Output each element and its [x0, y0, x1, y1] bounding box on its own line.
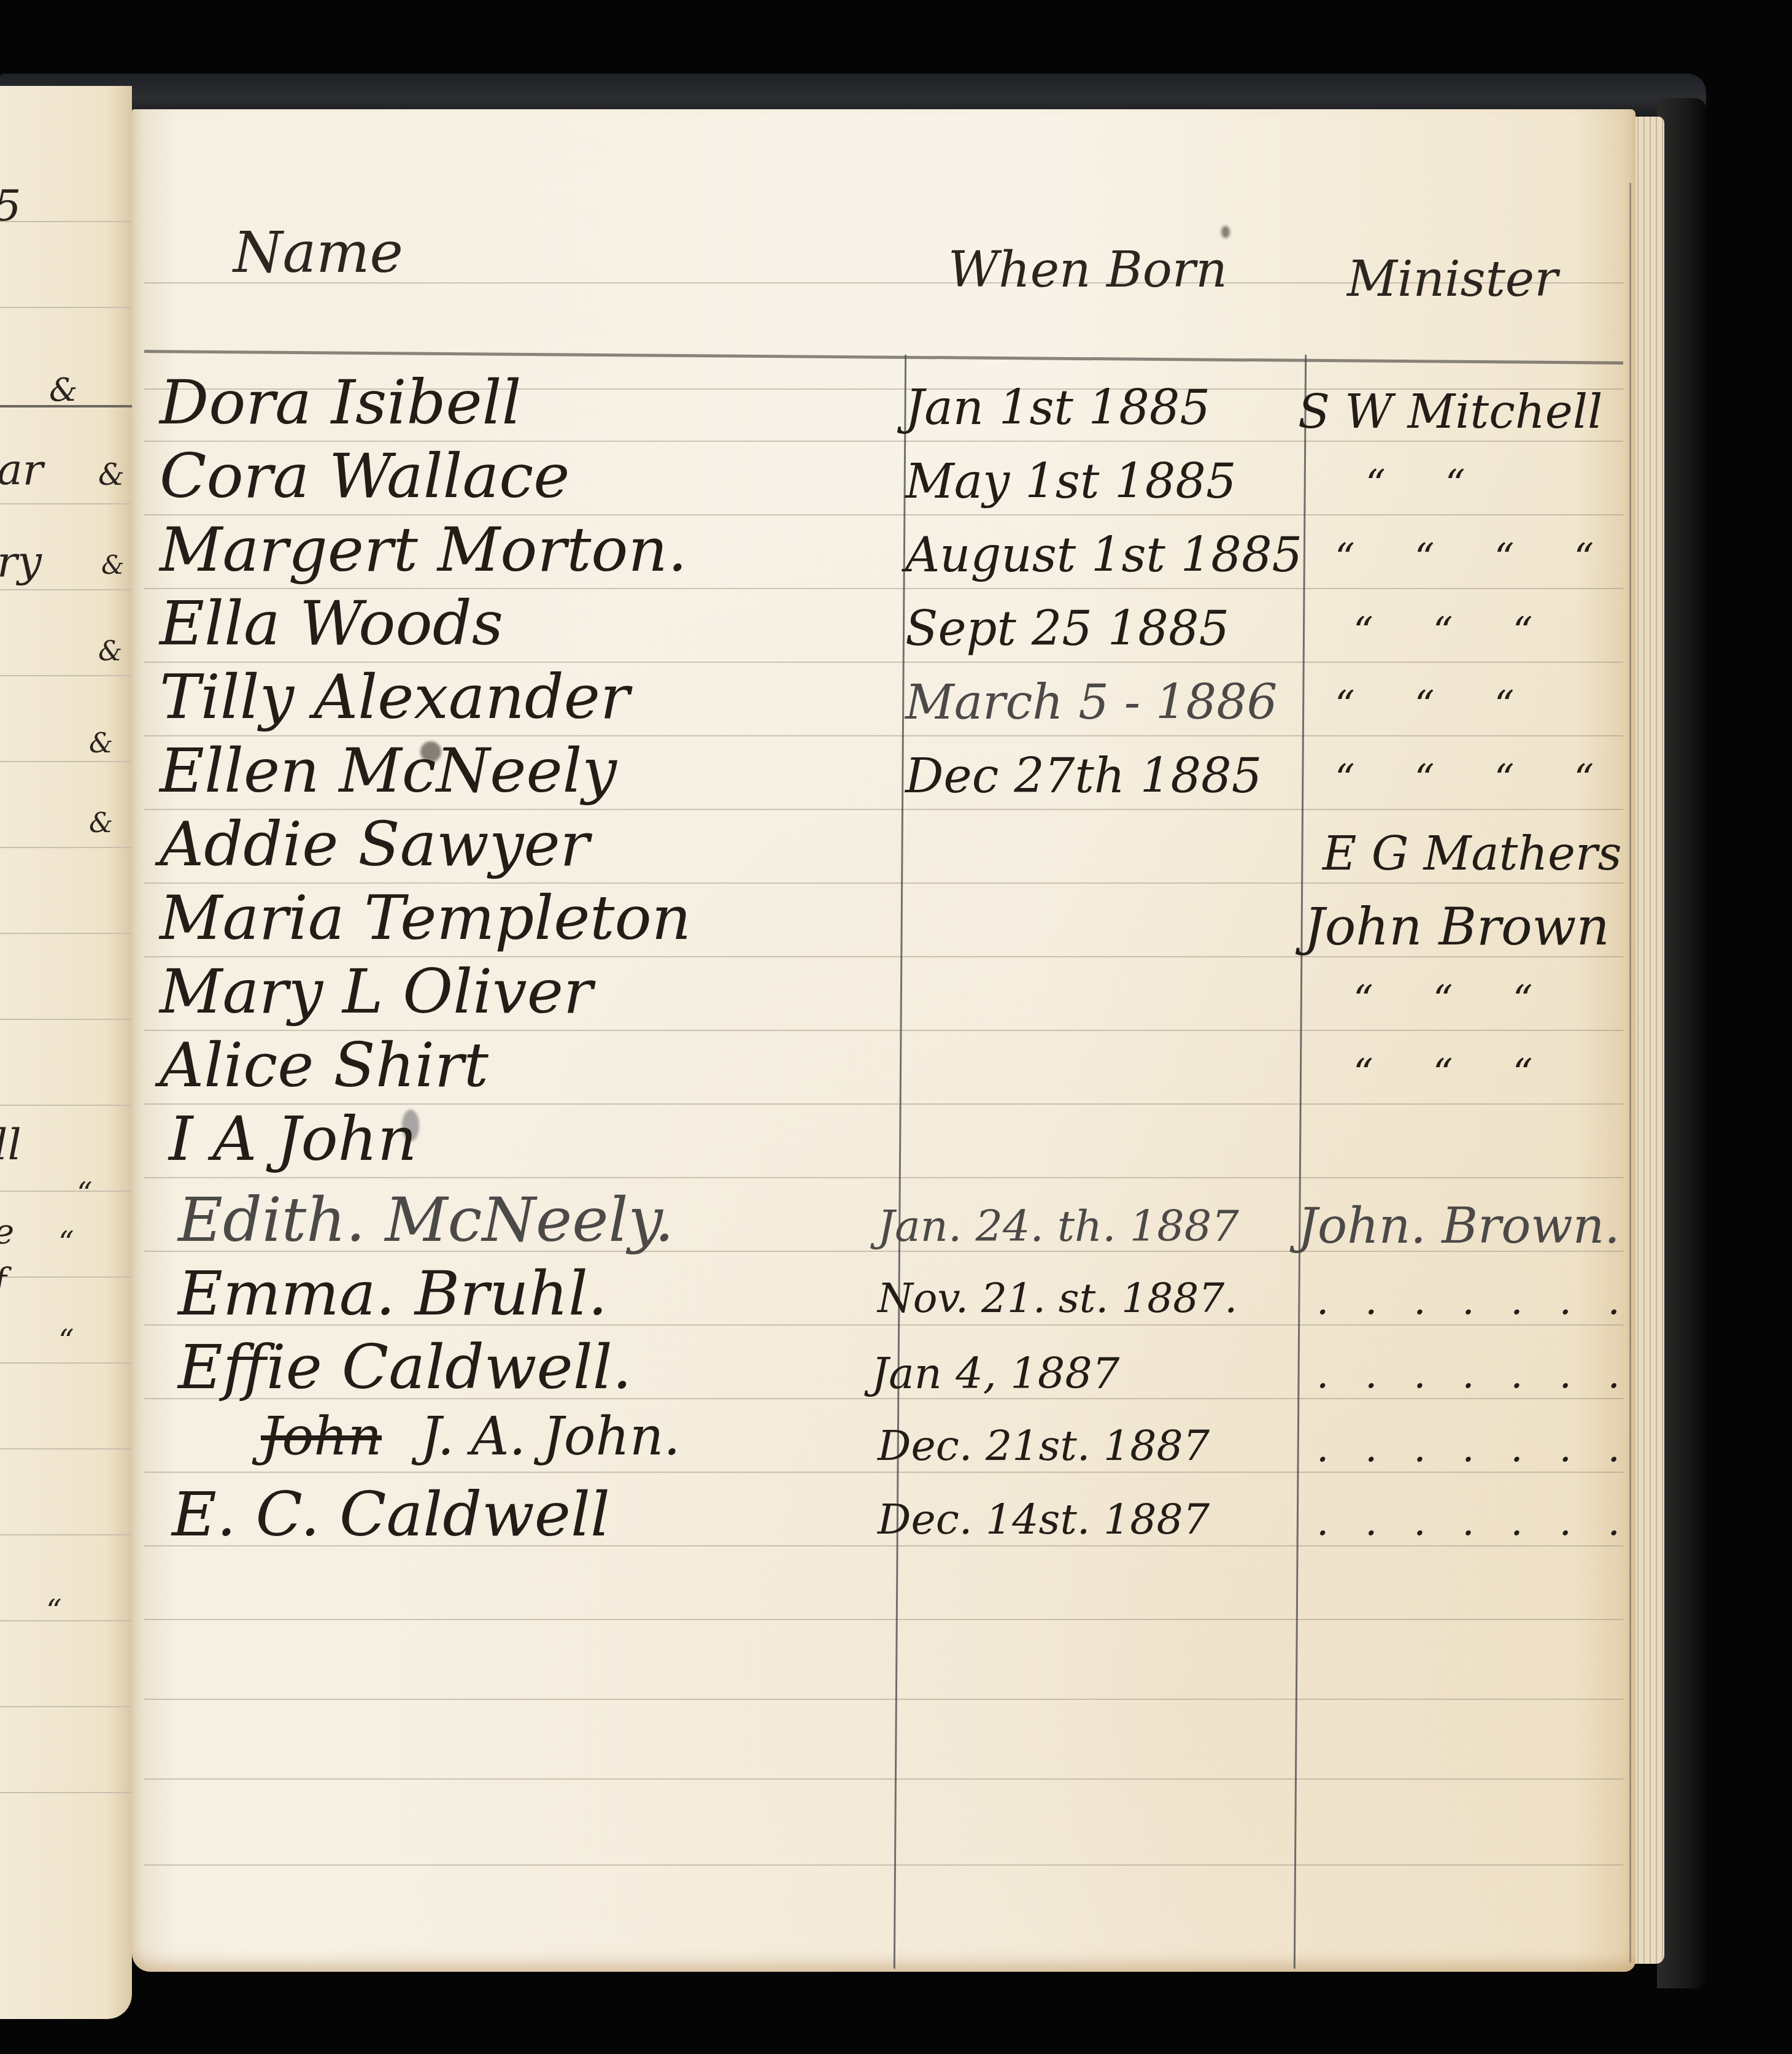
- entry-name: Ella Woods: [160, 593, 503, 654]
- entry-minister-ditto: . . . . . . .: [1316, 1281, 1632, 1321]
- column-header-minister: Minister: [1347, 250, 1558, 307]
- entry-name: Alice Shirt: [160, 1035, 489, 1096]
- entry-birth-date: Jan 1st 1885: [905, 384, 1210, 432]
- entry-minister-ditto: “ “ “: [1353, 1054, 1556, 1094]
- ditto-mark: “: [77, 1178, 93, 1209]
- entry-birth-date: August 1st 1885: [905, 531, 1302, 579]
- ditto-mark: “: [58, 1227, 74, 1258]
- entry-minister-ditto: . . . . . . .: [1316, 1502, 1632, 1542]
- entry-birth-date: Dec. 21st. 1887: [878, 1426, 1210, 1467]
- entry-minister: E G Mathers: [1323, 830, 1621, 877]
- entry-birth-date: Dec 27th 1885: [905, 752, 1262, 800]
- entry-name: Emma. Bruhl.: [178, 1263, 608, 1324]
- left-fragment: e: [0, 1215, 14, 1249]
- entry-name: E. C. Caldwell: [172, 1484, 610, 1545]
- entry-name: Tilly Alexander: [160, 666, 630, 728]
- register-page: Name When Born Minister Dora Isibell Jan…: [132, 109, 1636, 1972]
- entry-minister: John. Brown.: [1298, 1202, 1620, 1251]
- left-fragment: ll: [0, 1123, 21, 1166]
- column-header-when-born: When Born: [948, 241, 1227, 298]
- entry-minister-ditto: “ “ “ “: [1335, 760, 1618, 799]
- left-fragment: f: [0, 1264, 7, 1299]
- book-cover-right-edge: [1657, 98, 1706, 1988]
- entry-birth-date: Nov. 21. st. 1887.: [878, 1278, 1237, 1319]
- entry-minister-ditto: . . . . . . .: [1316, 1355, 1632, 1394]
- entry-minister-ditto: “ “ “: [1353, 612, 1556, 652]
- entry-name: Dora Isibell: [160, 372, 522, 433]
- entry-name: Effie Caldwell.: [178, 1337, 631, 1398]
- entry-name: Mary L Oliver: [160, 961, 593, 1022]
- entry-name-struck: John: [261, 1410, 382, 1463]
- entry-birth-date: March 5 - 1886: [905, 679, 1277, 727]
- margin-mark: &: [101, 552, 124, 578]
- left-page: 5 ar ry ll e f & & & & & & “ “ “ “: [0, 86, 132, 2019]
- margin-mark: &: [49, 374, 77, 406]
- entry-birth-date: Dec. 14st. 1887: [878, 1499, 1210, 1541]
- entry-minister-ditto: “ “: [1365, 465, 1489, 504]
- entry-name: Addie Sawyer: [160, 814, 589, 875]
- entry-name: Edith. McNeely.: [178, 1189, 674, 1251]
- entry-name: I A John: [169, 1108, 417, 1170]
- margin-mark: &: [89, 810, 113, 837]
- ditto-mark: “: [58, 1326, 74, 1356]
- entry-name: Ellen McNeely: [160, 740, 617, 801]
- entry-minister-ditto: . . . . . . .: [1316, 1429, 1632, 1468]
- entry-minister: S W Mitchell: [1298, 388, 1602, 435]
- entry-birth-date: Jan. 24. th. 1887: [878, 1205, 1239, 1248]
- column-header-name: Name: [233, 220, 403, 285]
- margin-mark: &: [89, 730, 113, 757]
- entry-minister-ditto: “ “ “: [1335, 686, 1538, 725]
- entry-minister-ditto: “ “ “: [1353, 981, 1556, 1020]
- entry-birth-date: Jan 4, 1887: [871, 1352, 1119, 1395]
- entry-name: Margert Morton.: [160, 519, 687, 581]
- left-fragment: ry: [0, 540, 42, 583]
- margin-mark: &: [98, 460, 125, 490]
- entry-minister: John Brown: [1304, 901, 1610, 952]
- margin-mark: &: [98, 638, 122, 665]
- entry-birth-date: Sept 25 1885: [905, 605, 1229, 653]
- entry-birth-date: May 1st 1885: [905, 458, 1237, 506]
- entry-name: J. A. John.: [420, 1410, 681, 1463]
- entry-minister-ditto: “ “ “ “: [1335, 539, 1618, 578]
- left-fragment: ar: [0, 448, 43, 491]
- left-fragment: 5: [0, 184, 21, 227]
- entry-name: Maria Templeton: [160, 887, 691, 949]
- entry-name: Cora Wallace: [160, 446, 570, 507]
- ditto-mark: “: [46, 1596, 62, 1626]
